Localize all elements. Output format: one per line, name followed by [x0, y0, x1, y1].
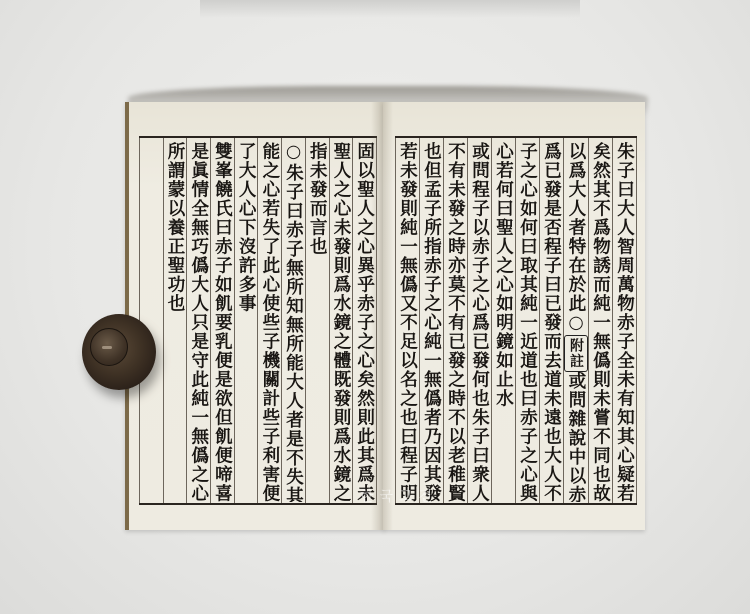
column-text: 朱子曰大人智周萬物赤子全未有知其心疑若甚不同	[614, 138, 636, 502]
top-shadow	[200, 0, 580, 18]
column-text: ○朱子曰赤子無所知無所能大人者是不失其無所知無所	[283, 138, 305, 502]
right-page-frame: 朱子曰大人智周萬物赤子全未有知其心疑若甚不同 矣然其不爲物誘而純一無僞則未嘗不同…	[395, 136, 637, 505]
column-text: 所謂蒙以養正聖功也	[164, 138, 186, 502]
column-text: 是眞情全無巧僞大人只是守此純一無僞之心而充廣之	[188, 138, 210, 502]
column-text: 子之心如何曰取其純一近道也曰赤子之心與聖人之	[517, 138, 539, 502]
text-column: 若未發則純一無僞又不足以名之也曰程子明鏡止水云	[395, 138, 419, 503]
left-page: 固以聖人之心異乎赤子之心矣然則此其爲未發者邪曰 聖人之心未發則爲水鏡之體既發則爲…	[125, 102, 385, 530]
text-column: 朱子曰大人智周萬物赤子全未有知其心疑若甚不同	[612, 138, 637, 503]
right-page-columns: 朱子曰大人智周萬物赤子全未有知其心疑若甚不同 矣然其不爲物誘而純一無僞則未嘗不同…	[395, 138, 637, 503]
column-text: 矣然其不爲物誘而純一無僞則未嘗不同也故言其所	[590, 138, 612, 502]
column-text: 能之心若失了此心使些子機關計些子利害便成箇小底人	[259, 138, 281, 502]
column-text: 以爲大人者特在於此○附註或問雜說中以赤子之心	[564, 138, 588, 502]
text-column: 爲已發是否程子曰已發而去道未遠也大人不失其赤	[539, 138, 563, 503]
annotation-label: 附註	[564, 335, 588, 372]
text-column-empty	[139, 138, 163, 503]
text-column: 了大人心下沒許多事	[234, 138, 258, 503]
column-text: 雙峯饒氏曰赤子如飢要乳便是欲但飢便啼喜便笑皆	[211, 138, 233, 502]
left-page-frame: 固以聖人之心異乎赤子之心矣然則此其爲未發者邪曰 聖人之心未發則爲水鏡之體既發則爲…	[139, 136, 377, 505]
column-text: 聖人之心未發則爲水鏡之體既發則爲水鏡之用亦非獨	[330, 138, 352, 502]
text-column: 聖人之心未發則爲水鏡之體既發則爲水鏡之用亦非獨	[329, 138, 353, 503]
left-page-columns: 固以聖人之心異乎赤子之心矣然則此其爲未發者邪曰 聖人之心未發則爲水鏡之體既發則爲…	[139, 138, 377, 503]
text-column: 心若何曰聖人之心如明鏡如止水	[491, 138, 515, 503]
text-column: 矣然其不爲物誘而純一無僞則未嘗不同也故言其所	[588, 138, 612, 503]
text-column: 不有未發之時亦莫不有已發之時不以老稚賢愚而有別	[443, 138, 467, 503]
book-gutter	[371, 102, 393, 530]
right-page: 朱子曰大人智周萬物赤子全未有知其心疑若甚不同 矣然其不爲物誘而純一無僞則未嘗不同…	[383, 102, 645, 530]
annotation-text: 或問雜說中以赤子之心	[566, 372, 586, 503]
column-text: 也但孟子所指赤子之心純一無僞者乃因其發而後可見	[421, 138, 443, 502]
text-column: 子之心如何曰取其純一近道也曰赤子之心與聖人之	[515, 138, 539, 503]
brass-weight-icon	[82, 314, 156, 390]
column-text: 指未發而言也	[306, 138, 328, 502]
text-column: 能之心若失了此心使些子機關計些子利害便成箇小底人	[257, 138, 281, 503]
column-text: 不有未發之時亦莫不有已發之時不以老稚賢愚而有別	[445, 138, 467, 502]
text-column: 或問程子以赤子之心爲已發何也朱子曰衆人之心莫	[467, 138, 491, 503]
text-column: 是眞情全無巧僞大人只是守此純一無僞之心而充廣之	[186, 138, 210, 503]
text-column: 所謂蒙以養正聖功也	[163, 138, 187, 503]
column-text-lead: 以爲大人者特在於此	[566, 142, 586, 313]
column-text: 爲已發是否程子曰已發而去道未遠也大人不失其赤	[541, 138, 563, 502]
column-text: 了大人心下沒許多事	[235, 138, 257, 502]
circle-marker-icon: ○	[566, 313, 586, 335]
text-column: 指未發而言也	[305, 138, 329, 503]
open-book: 固以聖人之心異乎赤子之心矣然則此其爲未發者邪曰 聖人之心未發則爲水鏡之體既發則爲…	[125, 102, 645, 530]
column-text: 或問程子以赤子之心爲已發何也朱子曰衆人之心莫	[469, 138, 491, 502]
text-column: ○朱子曰赤子無所知無所能大人者是不失其無所知無所	[281, 138, 305, 503]
text-column-with-annotation: 以爲大人者特在於此○附註或問雜說中以赤子之心	[563, 138, 588, 503]
column-text: 若未發則純一無僞又不足以名之也曰程子明鏡止水云	[397, 138, 419, 502]
column-text: 心若何曰聖人之心如明鏡如止水	[493, 138, 515, 502]
watermark: 한국고전	[360, 486, 438, 506]
text-column: 雙峯饒氏曰赤子如飢要乳便是欲但飢便啼喜便笑皆	[210, 138, 234, 503]
text-column: 也但孟子所指赤子之心純一無僞者乃因其發而後可見	[419, 138, 443, 503]
